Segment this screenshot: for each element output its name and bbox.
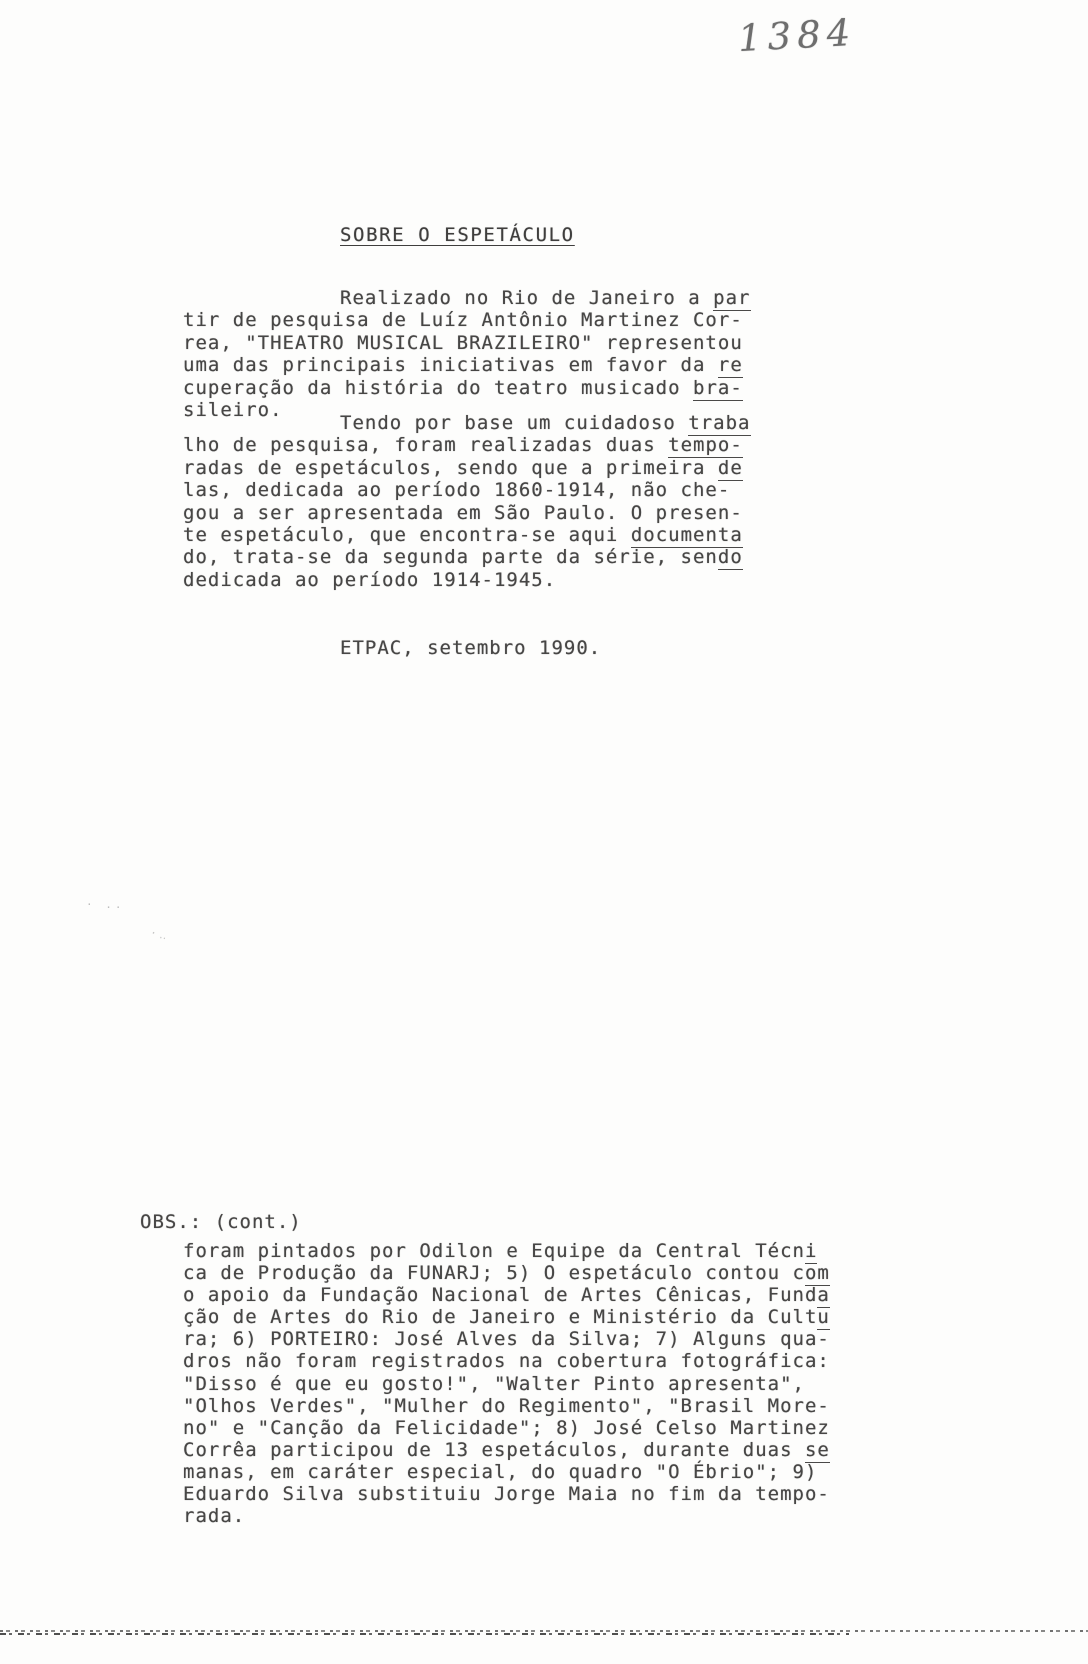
obs-continuation-body: foram pintados por Odilon e Equipe da Ce… [183, 1240, 883, 1527]
scan-smudge-mark: · .. [86, 898, 125, 911]
text-line: Eduardo Silva substituiu Jorge Maia no f… [183, 1483, 883, 1505]
text-line: do, trata-se da segunda parte da série, … [183, 546, 783, 568]
text-line: manas, em caráter especial, do quadro "O… [183, 1461, 883, 1483]
text-line: no" e "Canção da Felicidade"; 8) José Ce… [183, 1417, 883, 1439]
obs-label: OBS.: (cont.) [140, 1211, 302, 1233]
text-line: "Disso é que eu gosto!", "Walter Pinto a… [183, 1373, 883, 1395]
scan-edge-line [0, 1633, 849, 1635]
text-line: Corrêa participou de 13 espetáculos, dur… [183, 1439, 883, 1461]
scan-smudge-mark: ·‥ [149, 926, 171, 943]
text-line: Realizado no Rio de Janeiro a par [183, 287, 783, 309]
text-line: dedicada ao período 1914-1945. [183, 569, 783, 591]
paragraph-1: Realizado no Rio de Janeiro a partir de … [183, 287, 783, 421]
text-line: ra; 6) PORTEIRO: José Alves da Silva; 7)… [183, 1328, 883, 1350]
paragraph-2: Tendo por base um cuidadoso trabalho de … [183, 412, 783, 591]
text-line: lho de pesquisa, foram realizadas duas t… [183, 434, 783, 456]
text-line: las, dedicada ao período 1860-1914, não … [183, 479, 783, 501]
text-line: uma das principais iniciativas em favor … [183, 354, 783, 376]
text-line: radas de espetáculos, sendo que a primei… [183, 457, 783, 479]
text-line: "Olhos Verdes", "Mulher do Regimento", "… [183, 1395, 883, 1417]
page-title: SOBRE O ESPETÁCULO [340, 224, 575, 246]
text-line: dros não foram registrados na cobertura … [183, 1350, 883, 1372]
text-line: gou a ser apresentada em São Paulo. O pr… [183, 502, 783, 524]
text-line: rada. [183, 1505, 883, 1527]
text-line: ca de Produção da FUNARJ; 5) O espetácul… [183, 1262, 883, 1284]
text-line: te espetáculo, que encontra-se aqui docu… [183, 524, 783, 546]
text-line: ção de Artes do Rio de Janeiro e Ministé… [183, 1306, 883, 1328]
text-line: Tendo por base um cuidadoso traba [183, 412, 783, 434]
handwritten-page-number: 1384 [737, 11, 857, 60]
text-line: tir de pesquisa de Luíz Antônio Martinez… [183, 309, 783, 331]
scan-edge-line [0, 1630, 1088, 1632]
text-line: o apoio da Fundação Nacional de Artes Cê… [183, 1284, 883, 1306]
dateline: ETPAC, setembro 1990. [340, 637, 601, 659]
scan-edge-noise [0, 1628, 1088, 1638]
scanned-document-page: 1384 SOBRE O ESPETÁCULO Realizado no Rio… [0, 0, 1088, 1664]
text-line: cuperação da história do teatro musicado… [183, 377, 783, 399]
text-line: foram pintados por Odilon e Equipe da Ce… [183, 1240, 883, 1262]
text-line: rea, "THEATRO MUSICAL BRAZILEIRO" repres… [183, 332, 783, 354]
